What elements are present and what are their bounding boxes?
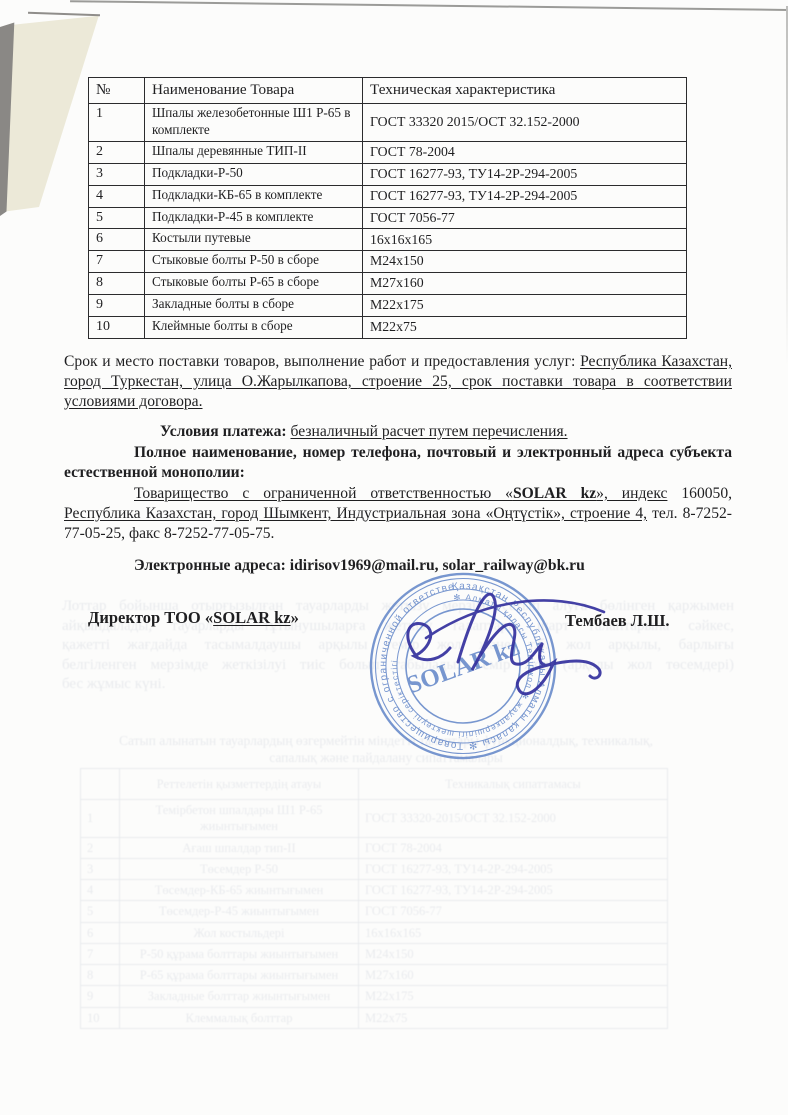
table-header-row: Реттелетін қызметтердің атауыТехникалық … [81, 769, 668, 800]
table-cell: 6 [89, 229, 145, 251]
table-header-cell: Реттелетін қызметтердің атауы [120, 769, 359, 800]
table-cell: 6 [81, 922, 120, 943]
delivery-paragraph: Срок и место поставки товаров, выполнени… [64, 352, 732, 412]
table-cell: 7 [89, 251, 145, 273]
table-cell: 5 [81, 901, 120, 922]
table-row: 5Подкладки-Р-45 в комплектеГОСТ 7056-77 [89, 207, 687, 229]
director-label: Директор ТОО «SOLAR kz» [88, 608, 299, 628]
table-cell: Төсемдер-КБ-65 жиынтығымен [120, 880, 359, 901]
table-row: 8Р-65 құрама болттары жиынтығыменМ27х160 [81, 965, 668, 986]
payment-line: Условия платежа: безналичный расчет путе… [64, 422, 732, 442]
director-signature [392, 574, 632, 714]
table-header-cell: Техникалық сипаттамасы [359, 769, 668, 800]
bleedthrough-table: Реттелетін қызметтердің атауыТехникалық … [80, 768, 668, 1029]
table-row: 7Р-50 құрама болттары жиынтығыменМ24х150 [81, 943, 668, 964]
director-label-prefix: Директор ТОО « [88, 608, 213, 627]
table-cell: 8 [89, 273, 145, 295]
table-cell: ГОСТ 7056-77 [359, 901, 668, 922]
table-row: 5Төсемдер-Р-45 жиынтығыменГОСТ 7056-77 [81, 901, 668, 922]
scanned-document-page: Лоттар бойынша отырғызылған тауарларды ж… [0, 0, 788, 1115]
company-address: Республика Казахстан, город Шымкент, Инд… [64, 505, 647, 522]
table-cell: ГОСТ 16277-93, ТУ14-2Р-294-2005 [363, 163, 687, 185]
table-cell: Стыковые болты Р-50 в сборе [145, 251, 363, 273]
table-cell: Подкладки-КБ-65 в комплекте [145, 185, 363, 207]
table-cell: Р-65 құрама болттары жиынтығымен [120, 965, 359, 986]
table-cell: 8 [81, 965, 120, 986]
table-row: 7Стыковые болты Р-50 в сбореМ24х150 [89, 251, 687, 273]
table-cell: ГОСТ 78-2004 [363, 141, 687, 163]
table-cell: 16х16х165 [363, 229, 687, 251]
table-cell: ГОСТ 16277-93, ТУ14-2Р-294-2005 [359, 858, 668, 879]
table-cell: 4 [89, 185, 145, 207]
table-row: 1Темірбетон шпалдары Ш1 Р-65 жиынтығымен… [81, 800, 668, 838]
company-name: SOLAR kz [513, 485, 596, 502]
table-row: 10Клеймные болты в сбореМ22х75 [89, 317, 687, 339]
payment-value: безналичный расчет путем перечисления. [290, 423, 567, 440]
table-header-row: №Наименование ТовараТехническая характер… [89, 78, 687, 104]
fullname-heading: Полное наименование, номер телефона, поч… [64, 443, 732, 484]
table-cell: 1 [81, 800, 120, 838]
table-cell: М22х75 [359, 1007, 668, 1028]
table-cell: ГОСТ 16277-93, ТУ14-2Р-294-2005 [363, 185, 687, 207]
scan-corner-line [28, 12, 100, 17]
table-cell: ГОСТ 16277-93, ТУ14-2Р-294-2005 [359, 880, 668, 901]
company-legal-form: Товарищество с ограниченной ответственно… [134, 485, 513, 502]
table-cell: Жол костыльдері [120, 922, 359, 943]
company-paragraph: Товарищество с ограниченной ответственно… [64, 484, 732, 544]
table-cell: ГОСТ 33320-2015/ОСТ 32.152-2000 [359, 800, 668, 838]
table-cell: Төсемдер-Р-45 жиынтығымен [120, 901, 359, 922]
table-cell: М27х160 [363, 273, 687, 295]
table-cell: 4 [81, 880, 120, 901]
payment-label: Условия платежа: [160, 423, 290, 440]
table-cell: Шпалы железобетонные Ш1 Р-65 в комплекте [145, 104, 363, 142]
company-index-value: 160050, [667, 485, 732, 502]
table-cell: М24х150 [363, 251, 687, 273]
director-label-suffix: » [291, 608, 299, 627]
table-cell: Ағаш шпалдар тип-II [120, 837, 359, 858]
table-row: 4Подкладки-КБ-65 в комплектеГОСТ 16277-9… [89, 185, 687, 207]
director-company-name: SOLAR kz [213, 608, 290, 627]
table-header-cell: № [89, 78, 145, 104]
table-cell: М27х160 [359, 965, 668, 986]
table-cell: Подкладки-Р-50 [145, 163, 363, 185]
company-index-label: », индекс [596, 485, 667, 502]
goods-table: №Наименование ТовараТехническая характер… [88, 77, 687, 339]
table-header-cell: Наименование Товара [145, 78, 363, 104]
table-cell: 7 [81, 943, 120, 964]
table-cell: 2 [89, 141, 145, 163]
table-cell: 16х16х165 [359, 922, 668, 943]
table-cell: Закладные болттар жиынтығымен [120, 986, 359, 1007]
table-cell: Шпалы деревянные ТИП-II [145, 141, 363, 163]
delivery-intro: Срок и место поставки товаров, выполнени… [64, 353, 580, 370]
table-cell: Костыли путевые [145, 229, 363, 251]
table-cell: Закладные болты в сборе [145, 295, 363, 317]
table-row: 3Төсемдер Р-50ГОСТ 16277-93, ТУ14-2Р-294… [81, 858, 668, 879]
table-row: 9Закладные болты в сбореМ22х175 [89, 295, 687, 317]
table-row: 6Жол костыльдері16х16х165 [81, 922, 668, 943]
table-cell: 9 [89, 295, 145, 317]
table-cell: Клеймные болты в сборе [145, 317, 363, 339]
table-cell: М22х175 [363, 295, 687, 317]
table-cell: 3 [81, 858, 120, 879]
table-cell: 9 [81, 986, 120, 1007]
table-row: 4Төсемдер-КБ-65 жиынтығыменГОСТ 16277-93… [81, 880, 668, 901]
table-cell: ГОСТ 33320 2015/ОСТ 32.152-2000 [363, 104, 687, 142]
table-cell: 2 [81, 837, 120, 858]
table-cell: 10 [81, 1007, 120, 1028]
table-row: 3Подкладки-Р-50ГОСТ 16277-93, ТУ14-2Р-29… [89, 163, 687, 185]
table-cell: Подкладки-Р-45 в комплекте [145, 207, 363, 229]
table-header-cell [81, 769, 120, 800]
table-cell: М22х75 [363, 317, 687, 339]
table-cell: Темірбетон шпалдары Ш1 Р-65 жиынтығымен [120, 800, 359, 838]
table-cell: ГОСТ 78-2004 [359, 837, 668, 858]
table-cell: Клеммалық болттар [120, 1007, 359, 1028]
table-row: 10Клеммалық болттарМ22х75 [81, 1007, 668, 1028]
table-header-cell: Техническая характеристика [363, 78, 687, 104]
scan-top-edge-line [70, 0, 788, 11]
table-row: 1Шпалы железобетонные Ш1 Р-65 в комплект… [89, 104, 687, 142]
table-cell: Стыковые болты Р-65 в сборе [145, 273, 363, 295]
table-row: 6Костыли путевые16х16х165 [89, 229, 687, 251]
table-cell: 5 [89, 207, 145, 229]
table-cell: М24х150 [359, 943, 668, 964]
table-row: 9Закладные болттар жиынтығыменМ22х175 [81, 986, 668, 1007]
table-cell: 1 [89, 104, 145, 142]
table-cell: Р-50 құрама болттары жиынтығымен [120, 943, 359, 964]
table-cell: ГОСТ 7056-77 [363, 207, 687, 229]
table-cell: 10 [89, 317, 145, 339]
table-row: 2Ағаш шпалдар тип-IIГОСТ 78-2004 [81, 837, 668, 858]
table-cell: М22х175 [359, 986, 668, 1007]
table-cell: Төсемдер Р-50 [120, 858, 359, 879]
table-row: 2Шпалы деревянные ТИП-IIГОСТ 78-2004 [89, 141, 687, 163]
table-cell: 3 [89, 163, 145, 185]
table-row: 8Стыковые болты Р-65 в сбореМ27х160 [89, 273, 687, 295]
